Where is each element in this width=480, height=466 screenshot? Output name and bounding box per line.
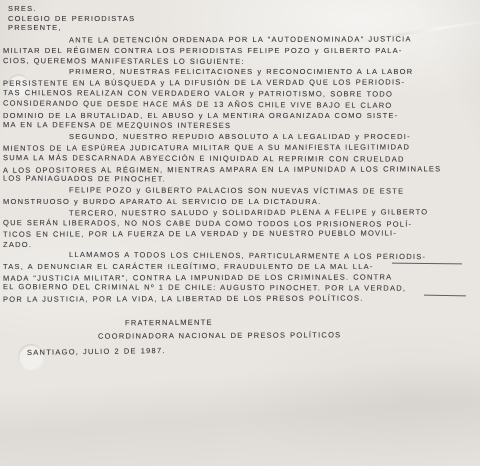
recipient-block: SRES. COLEGIO DE PERIODISTAS PRESENTE, [8,4,135,33]
body-line: SEGUNDO, NUESTRO REPUDIO ABSOLUTO A LA L… [3,132,477,143]
recipient-line: PRESENTE, [8,23,135,33]
closing-salutation: FRATERNALMENTE [125,318,213,328]
body-line: CIOS, QUEREMOS MANIFESTARLES LO SIGUIENT… [3,56,477,69]
recipient-line: COLEGIO DE PERIODISTAS [8,14,135,24]
body-line: TICOS EN CHILE, POR LA FUERZA DE LA VERD… [3,229,477,241]
place-date-line: SANTIAGO, JULIO 2 DE 1987. [27,346,166,357]
closing-organization: COORDINADORA NACIONAL DE PRESOS POLÍTICO… [98,330,341,340]
recipient-line: SRES. [8,4,135,14]
body-line: POR LA JUSTICIA, POR LA VIDA, LA LIBERTA… [3,293,477,305]
body-line: FELIPE POZO y GILBERTO PALACIOS SON NUEV… [3,185,477,198]
body-line: MILITAR DEL RÉGIMEN CONTRA LOS PERIODIST… [3,46,477,57]
body-line: ANTE LA DETENCIÓN ORDENADA POR LA "AUTOD… [3,34,477,46]
body-line: MONSTRUOSO y BURDO APARATO AL SERVICIO D… [3,197,477,208]
letter-page: SRES. COLEGIO DE PERIODISTAS PRESENTE, A… [0,0,480,466]
letter-body: ANTE LA DETENCIÓN ORDENADA POR LA "AUTOD… [3,35,477,305]
